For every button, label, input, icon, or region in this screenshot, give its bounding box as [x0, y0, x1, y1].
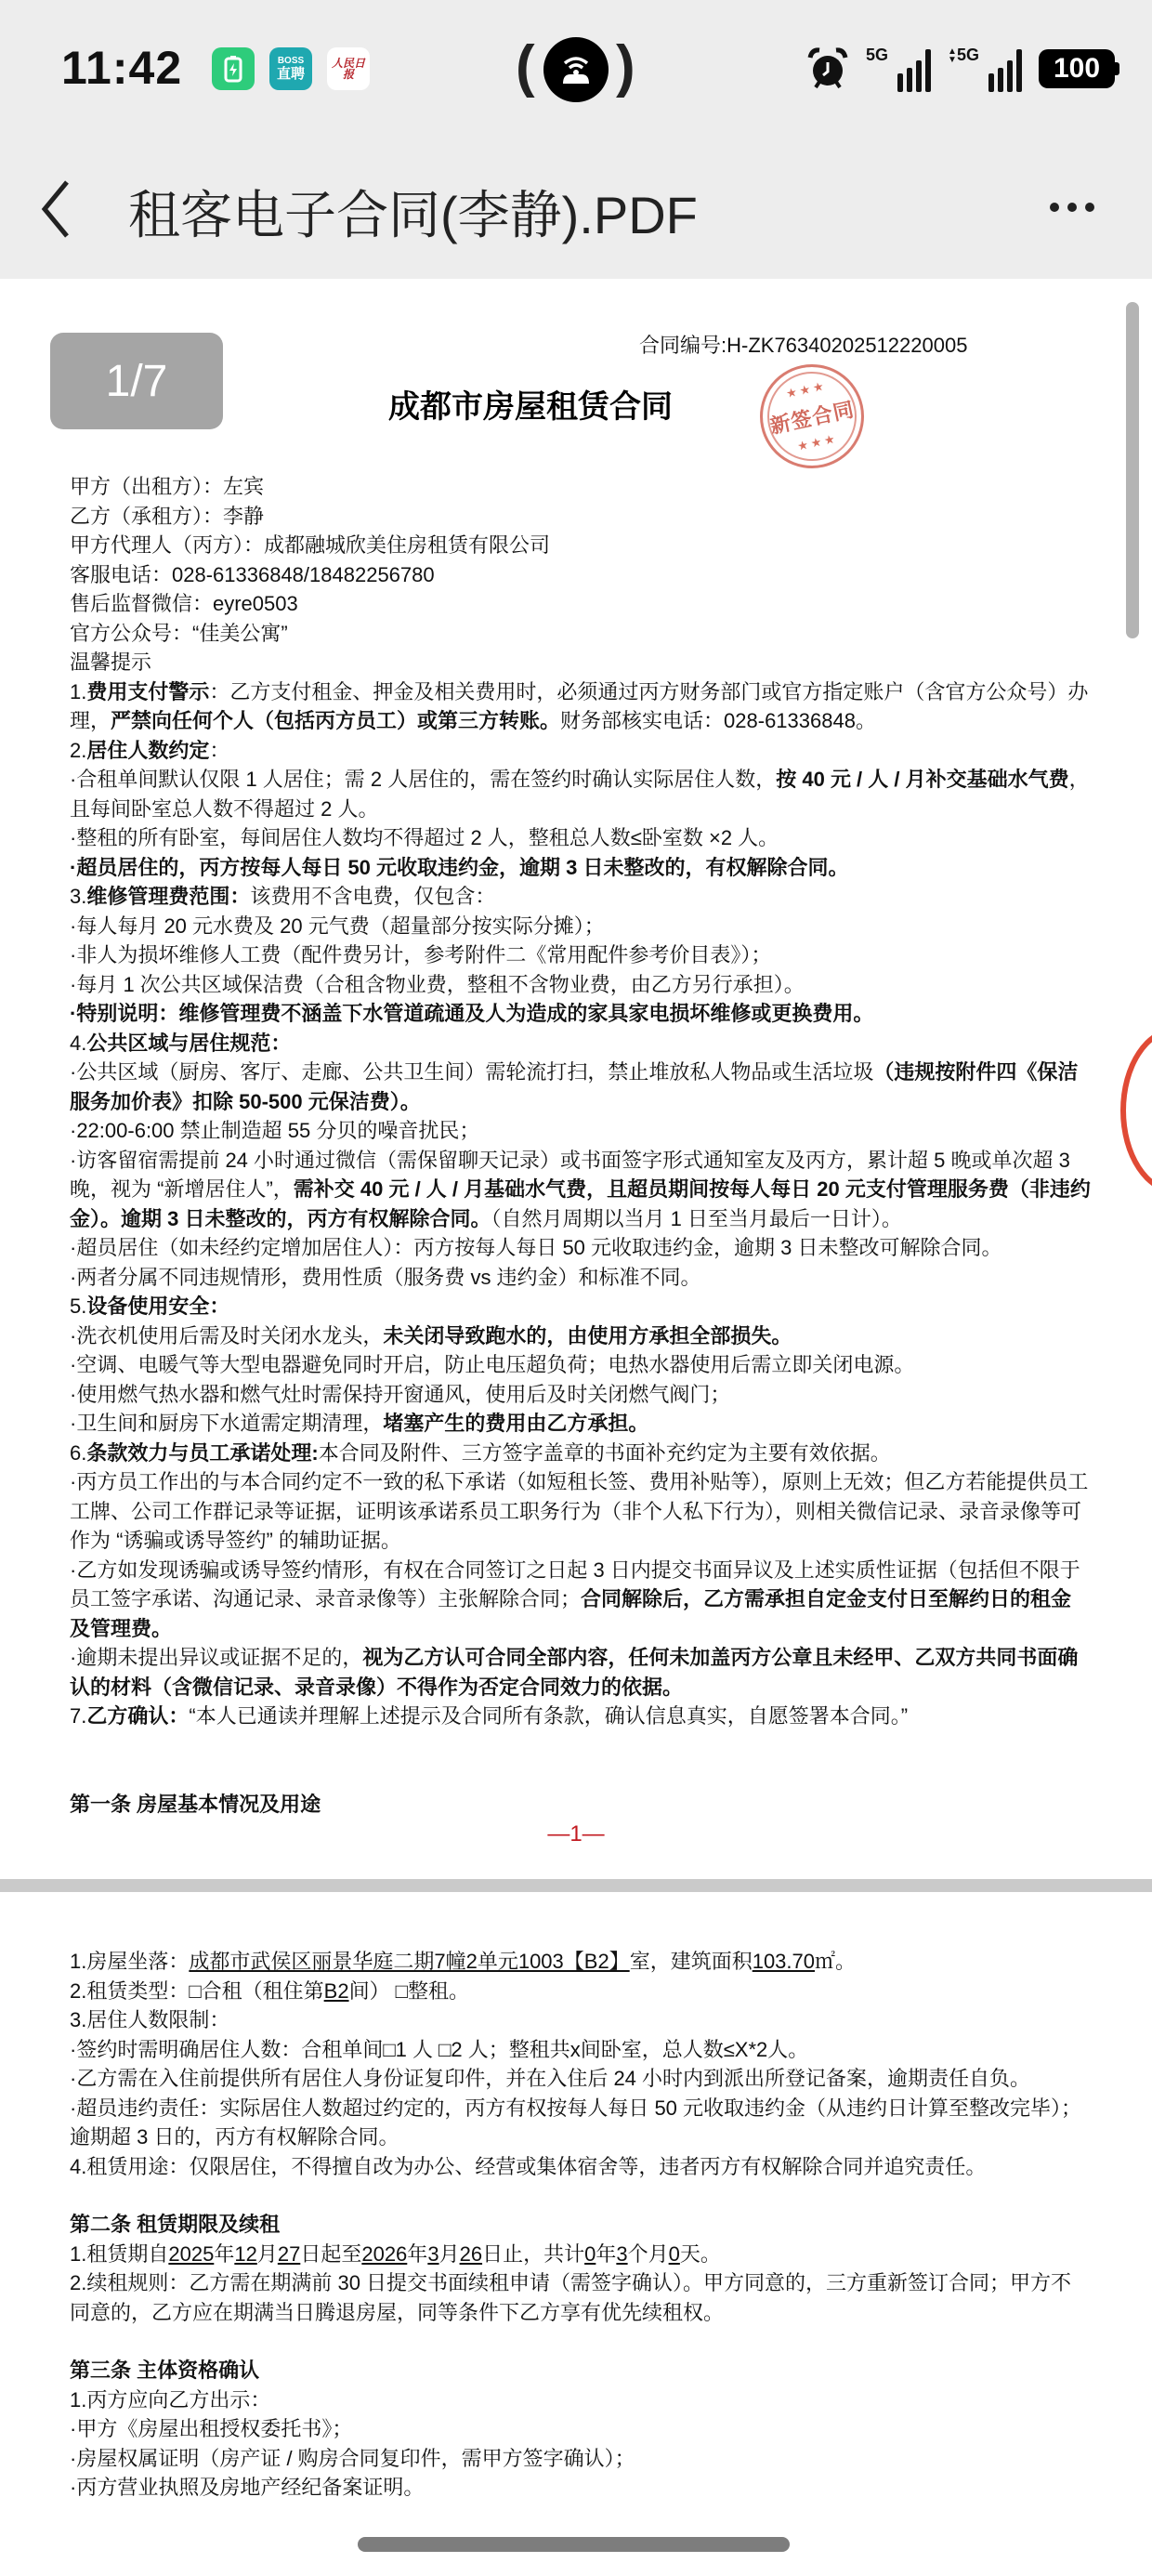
tip-5-line: ·卫生间和厨房下水道需定期清理，堵塞产生的费用由乙方承担。	[70, 1409, 1092, 1439]
tip-4-line: ·公共区域（厨房、客厅、走廊、公共卫生间）需轮流打扫，禁止堆放私人物品或生活垃圾…	[70, 1058, 1092, 1116]
clock: 11:42	[61, 41, 182, 95]
battery-icon: 100	[1039, 49, 1115, 88]
tip-5-heading: 5.设备使用安全：	[70, 1292, 1092, 1321]
tip-6-heading: 6.条款效力与员工承诺处理:本合同及附件、三方签字盖章的书面补充约定为主要有效依…	[70, 1439, 1092, 1468]
tips-heading: 温馨提示	[70, 648, 1092, 677]
sim2-signal-icon: 5G ▲▼	[948, 46, 1022, 92]
hotspot-icon	[543, 37, 609, 102]
boss-zhipin-app-icon: BOSS 直聘	[269, 47, 312, 90]
qualification-line: ·丙方营业执照及房地产经纪备案证明。	[70, 2473, 1092, 2503]
alarm-icon	[806, 46, 849, 91]
lease-term: 1.租赁期自2025年12月27日起至2026年3月26日止，共计0年3个月0天…	[70, 2240, 1092, 2269]
tip-7: 7.乙方确认：“本人已通读并理解上述提示及合同所有条款，确认信息真实，自愿签署本…	[70, 1702, 1092, 1731]
tip-3-line: ·非人为损坏维修人工费（配件费另计，参考附件二《常用配件参考价目表》）；	[70, 940, 1092, 970]
document-title: 租客电子合同(李静).PDF	[128, 175, 698, 249]
occupancy-limit-heading: 3.居住人数限制：	[70, 2005, 1092, 2035]
tip-4-line: ·超员居住（如未经约定增加居住人）：丙方按每人每日 50 元收取违约金，逾期 3…	[70, 1233, 1092, 1263]
more-options-button[interactable]	[1050, 203, 1094, 212]
page-1-content: 甲方（出租方）：左宾 乙方（承租方）：李静 甲方代理人（丙方）：成都融城欣美住房…	[70, 472, 1092, 1819]
company-seal-partial	[1120, 1027, 1152, 1194]
ellipsis-icon	[1050, 203, 1059, 212]
article-1-title: 第一条 房屋基本情况及用途	[70, 1790, 1092, 1820]
tip-2-heading: 2.居住人数约定：	[70, 736, 1092, 766]
sim1-signal-icon: 5G	[866, 46, 931, 92]
page-2-content: 1.房屋坐落：成都市武侯区丽景华庭二期7幢2单元1003【B2】室，建筑面积10…	[70, 1947, 1092, 2503]
tip-2-line: ·超员居住的，丙方按每人每日 50 元收取违约金，逾期 3 日未整改的，有权解除…	[70, 853, 1092, 883]
article-2-title: 第二条 租赁期限及续租	[70, 2210, 1092, 2240]
ellipsis-dot	[1085, 203, 1094, 212]
occupancy-line: ·乙方需在入住前提供所有居住人身份证复印件，并在入住后 24 小时内到派出所登记…	[70, 2064, 1092, 2094]
peoples-daily-app-icon: 人民日报	[327, 47, 370, 90]
new-contract-stamp: ★★★ 新签合同 ★★★	[751, 355, 874, 479]
renewal-rule: 2.续租规则：乙方需在期满前 30 日提交书面续租申请（需签字确认）。甲方同意的…	[70, 2268, 1092, 2327]
back-button[interactable]	[37, 177, 84, 242]
status-bar: 11:42 BOSS 直聘 人民日报 ( ) 5G 5G ▲▼ 100	[0, 0, 1152, 139]
ellipsis-dot	[1067, 203, 1077, 212]
tip-3-heading: 3.维修管理费范围：该费用不含电费，仅包含：	[70, 882, 1092, 912]
app-toolbar: 租客电子合同(李静).PDF	[0, 139, 1152, 279]
tip-3-line: ·特别说明：维修管理费不涵盖下水管道疏通及人为造成的家具家电损坏维修或更换费用。	[70, 999, 1092, 1029]
occupancy-line: ·超员违约责任：实际居住人数超过约定的，丙方有权按每人每日 50 元收取违约金（…	[70, 2094, 1092, 2152]
qualification-line: 1.丙方应向乙方出示：	[70, 2385, 1092, 2415]
tip-6-line: ·逾期未提出异议或证据不足的，视为乙方认可合同全部内容，任何未加盖丙方公章且未经…	[70, 1643, 1092, 1702]
tip-5-line: ·空调、电暖气等大型电器避免同时开启，防止电压超负荷；电热水器使用后需立即关闭电…	[70, 1350, 1092, 1380]
article-3-title: 第三条 主体资格确认	[70, 2356, 1092, 2385]
tip-6-line: ·乙方如发现诱骗或诱导签约情形，有权在合同签订之日起 3 日内提交书面异议及上述…	[70, 1556, 1092, 1644]
battery-saver-app-icon	[212, 47, 255, 90]
tip-2-line: ·合租单间默认仅限 1 人居住；需 2 人居住的，需在签约时确认实际居住人数，按…	[70, 765, 1092, 823]
page-indicator: 1/7	[50, 333, 223, 429]
vertical-scrollbar[interactable]	[1126, 302, 1139, 638]
page-separator	[0, 1879, 1152, 1892]
tip-4-line: ·两者分属不同违规情形，费用性质（服务费 vs 违约金）和标准不同。	[70, 1263, 1092, 1293]
tip-6-line: ·丙方员工作出的与本合同约定不一致的私下承诺（如短租长签、费用补贴等），原则上无…	[70, 1467, 1092, 1556]
party-c-agent: 甲方代理人（丙方）：成都融城欣美住房租赁有限公司	[70, 531, 1092, 560]
supervision-wechat: 售后监督微信：eyre0503	[70, 589, 1092, 619]
tip-2-line: ·整租的所有卧室，每间居住人数均不得超过 2 人，整租总人数≤卧室数 ×2 人。	[70, 823, 1092, 853]
party-a: 甲方（出租方）：左宾	[70, 472, 1092, 502]
party-b: 乙方（承租方）：李静	[70, 502, 1092, 532]
contract-title: 成都市房屋租赁合同	[388, 381, 673, 427]
hotspot-right-bracket-icon: )	[616, 38, 635, 96]
service-phone: 客服电话：028-61336848/18482256780	[70, 560, 1092, 590]
tip-4-line: ·访客留宿需提前 24 小时通过微信（需保留聊天记录）或书面签字形式通知室友及丙…	[70, 1146, 1092, 1234]
property-location: 1.房屋坐落：成都市武侯区丽景华庭二期7幢2单元1003【B2】室，建筑面积10…	[70, 1947, 1092, 1977]
chevron-left-icon	[37, 177, 74, 242]
tip-1: 1.费用支付警示：乙方支付租金、押金及相关费用时，必须通过丙方财务部门或官方指定…	[70, 677, 1092, 736]
data-transfer-icon: ▲▼	[948, 47, 957, 64]
tip-4-heading: 4.公共区域与居住规范：	[70, 1029, 1092, 1058]
page-number: —1—	[0, 1821, 1152, 1847]
official-account: 官方公众号：“佳美公寓”	[70, 619, 1092, 649]
hotspot-indicator: ( )	[516, 34, 636, 105]
pdf-viewer[interactable]: 合同编号:H-ZK76340202512220005 成都市房屋租赁合同 ★★★…	[0, 279, 1152, 2576]
qualification-line: ·房屋权属证明（房产证 / 购房合同复印件，需甲方签字确认）；	[70, 2444, 1092, 2474]
tip-3-line: ·每人每月 20 元水费及 20 元气费（超量部分按实际分摊）；	[70, 912, 1092, 941]
contract-number: 合同编号:H-ZK76340202512220005	[639, 330, 967, 359]
tip-5-line: ·使用燃气热水器和燃气灶时需保持开窗通风，使用后及时关闭燃气阀门；	[70, 1380, 1092, 1410]
rental-purpose: 4.租赁用途：仅限居住，不得擅自改为办公、经营或集体宿舍等，违者丙方有权解除合同…	[70, 2152, 1092, 2182]
occupancy-line: ·签约时需明确居住人数：合租单间□1 人 □2 人；整租共x间卧室，总人数≤X*…	[70, 2035, 1092, 2065]
rental-type: 2.租赁类型：□合租（租住第B2间） □整租。	[70, 1977, 1092, 2006]
hotspot-left-bracket-icon: (	[516, 38, 535, 96]
tip-4-line: ·22:00-6:00 禁止制造超 55 分贝的噪音扰民；	[70, 1116, 1092, 1146]
tip-5-line: ·洗衣机使用后需及时关闭水龙头，未关闭导致跑水的，由使用方承担全部损失。	[70, 1321, 1092, 1351]
qualification-line: ·甲方《房屋出租授权委托书》；	[70, 2414, 1092, 2444]
tip-3-line: ·每月 1 次公共区域保洁费（合租含物业费，整租不含物业费，由乙方另行承担）。	[70, 970, 1092, 1000]
home-indicator-bar[interactable]	[358, 2537, 790, 2552]
system-indicators: 5G 5G ▲▼ 100	[806, 41, 1115, 97]
